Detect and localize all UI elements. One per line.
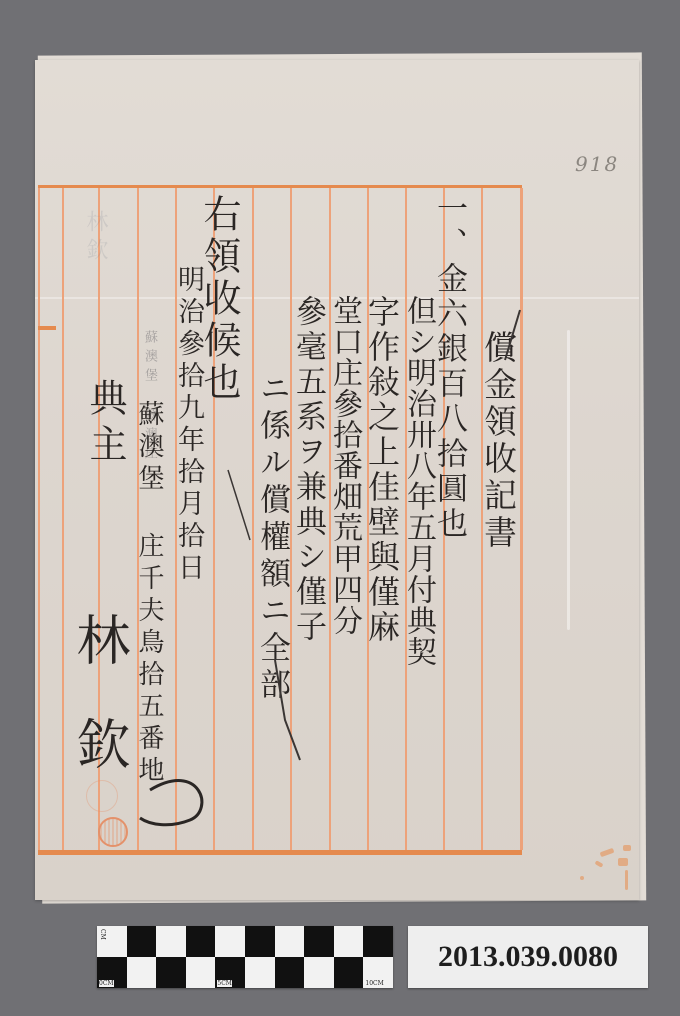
brush-strokes — [0, 0, 680, 1016]
scale-square: 10CM — [363, 957, 393, 988]
scale-square — [127, 957, 157, 988]
ink-stain — [580, 876, 584, 880]
scale-square — [304, 926, 334, 957]
scale-square — [245, 957, 275, 988]
ink-stain — [618, 858, 628, 866]
scale-bar: CM 0CM 5CM 10CM — [97, 926, 393, 988]
scale-square — [363, 926, 393, 957]
scale-label-5: 5CM — [217, 980, 232, 987]
scale-square — [186, 926, 216, 957]
scale-square — [127, 926, 157, 957]
scale-square: 0CM — [97, 957, 127, 988]
catalog-number-label: 2013.039.0080 — [408, 926, 648, 988]
scale-square — [275, 926, 305, 957]
scale-square — [334, 957, 364, 988]
scale-square — [245, 926, 275, 957]
vermilion-seal — [98, 817, 128, 847]
scale-label-0: 0CM — [99, 980, 114, 987]
scale-square — [215, 926, 245, 957]
scale-square — [304, 957, 334, 988]
scale-label-10: 10CM — [365, 980, 383, 987]
ink-stain — [623, 845, 631, 851]
scale-square — [156, 957, 186, 988]
scale-square — [334, 926, 364, 957]
scale-square: 5CM — [215, 957, 245, 988]
scale-square: CM — [97, 926, 127, 957]
faint-seal-impression — [86, 780, 118, 812]
scale-square — [186, 957, 216, 988]
scale-square — [156, 926, 186, 957]
scale-square — [275, 957, 305, 988]
ink-stain — [625, 870, 628, 890]
